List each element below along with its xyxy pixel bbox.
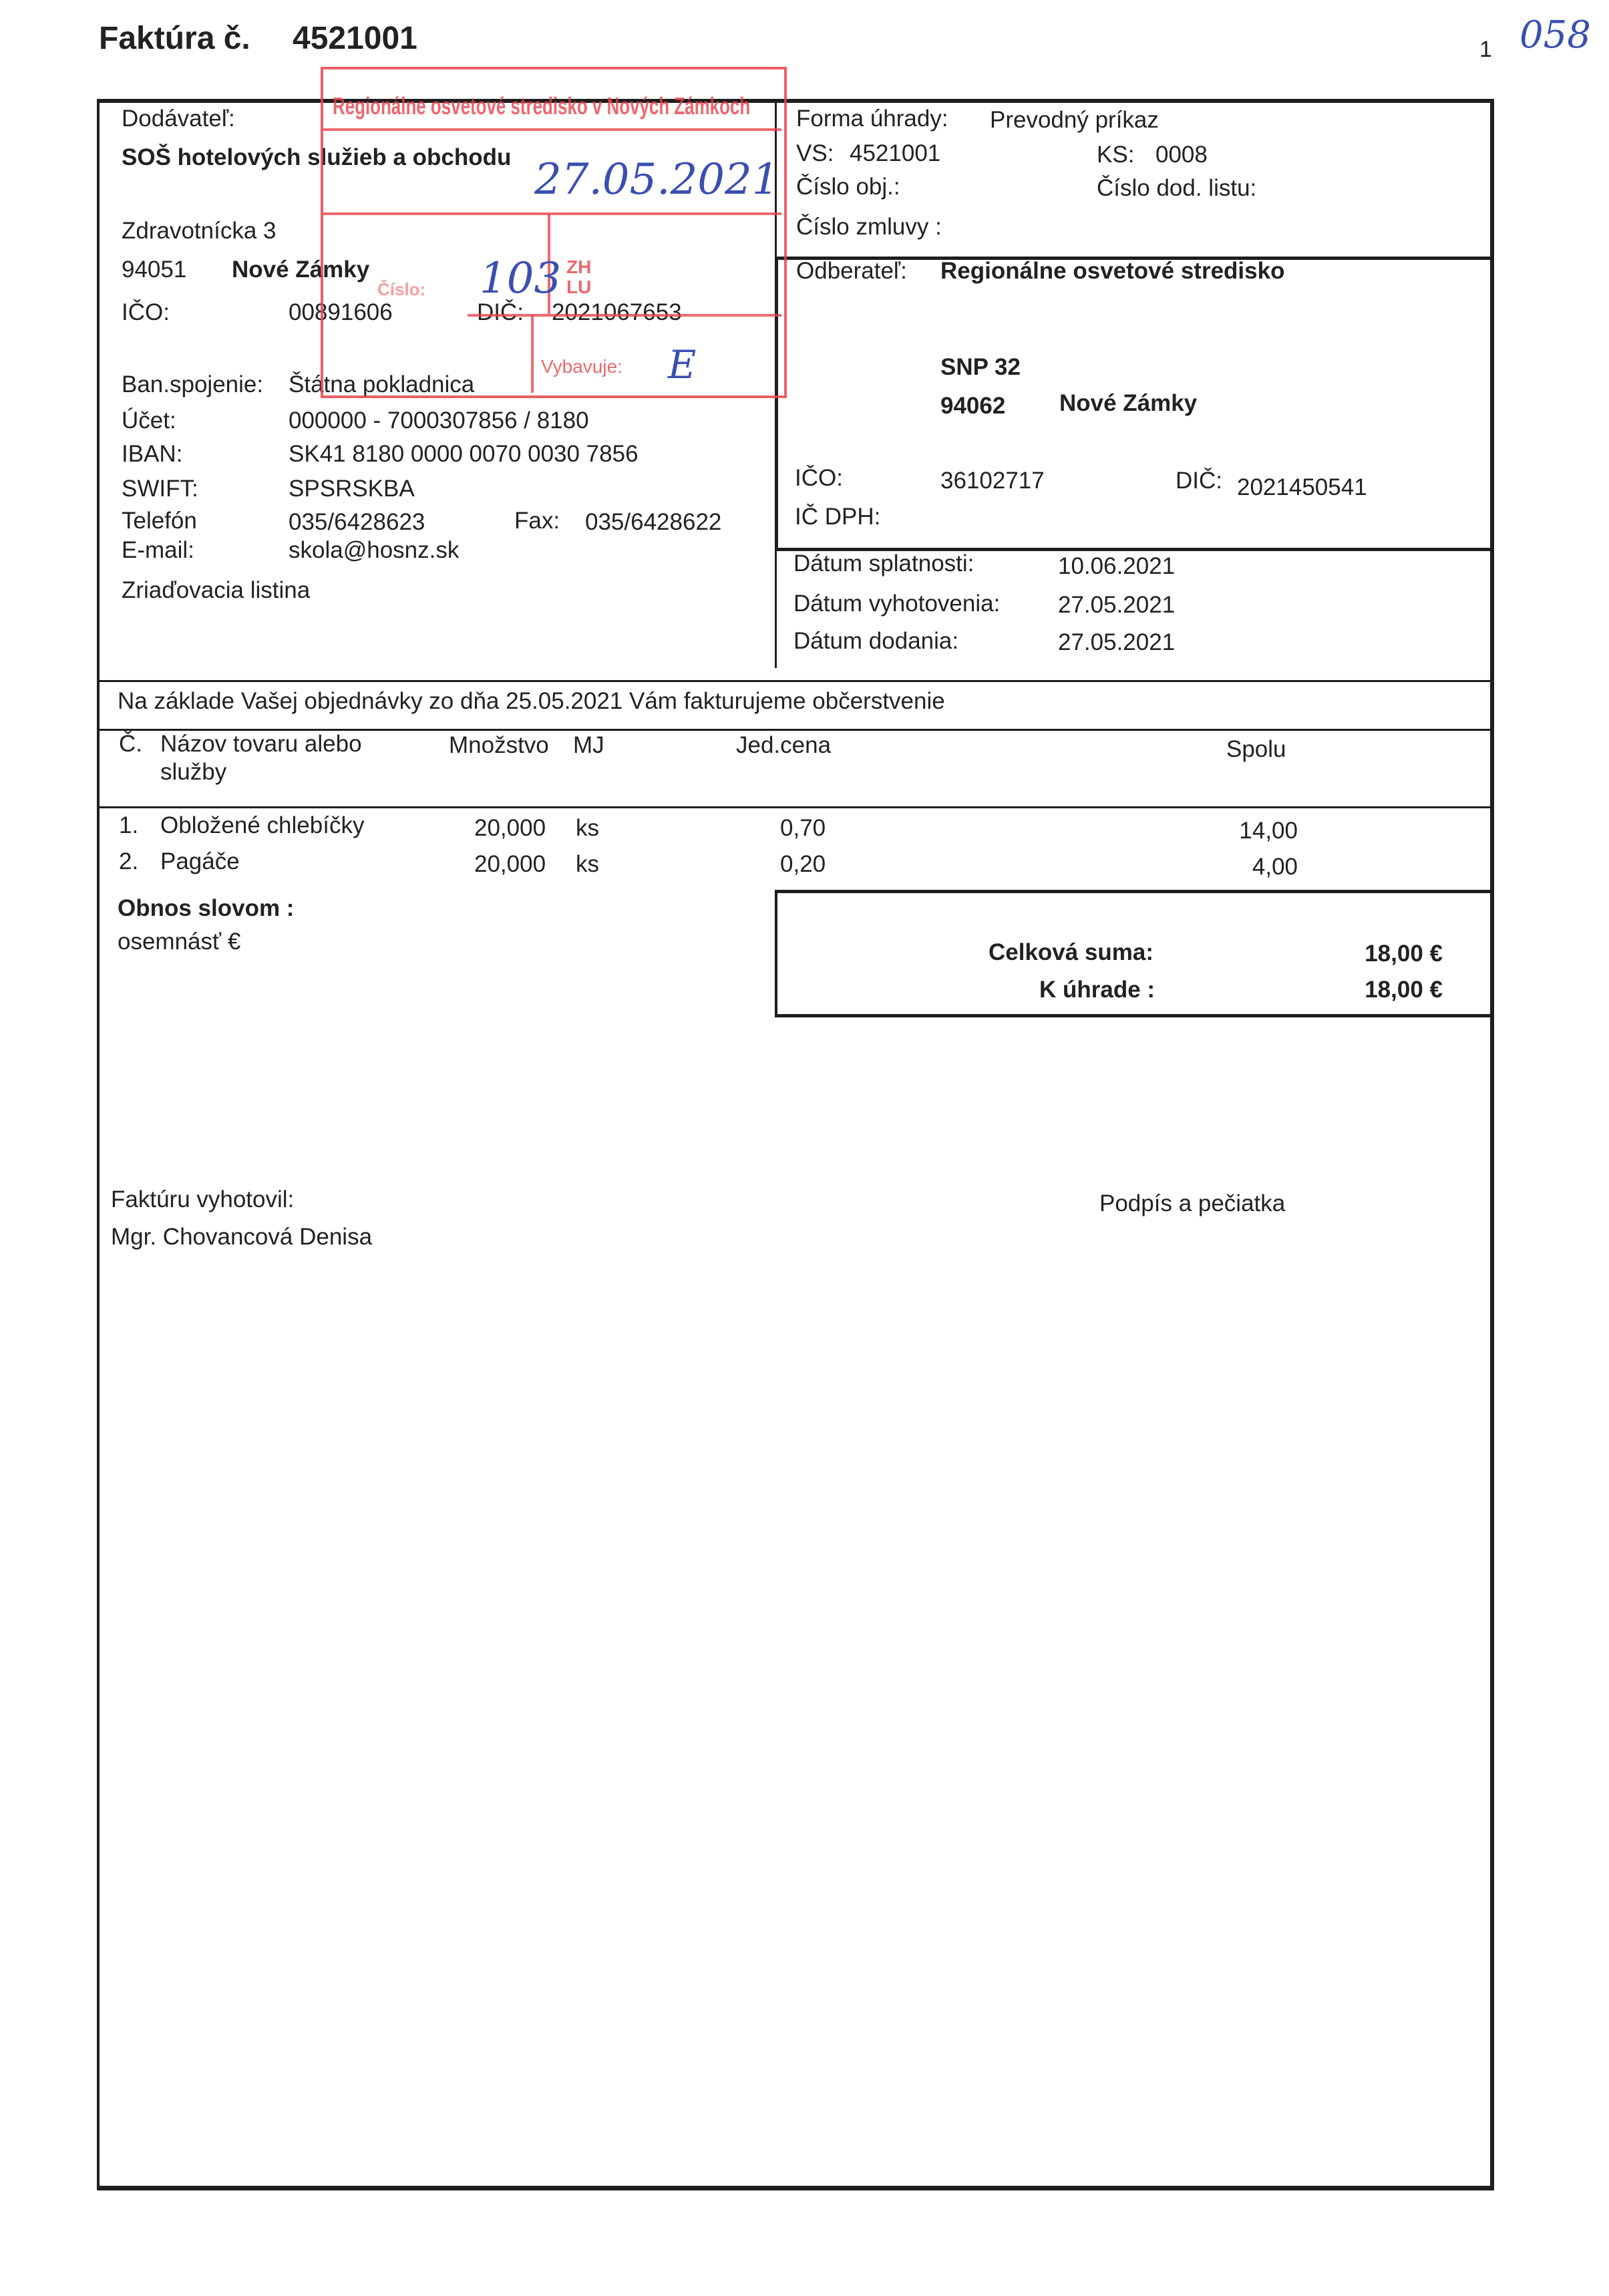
iban-label: IBAN: (122, 441, 182, 468)
email-value: skola@hosnz.sk (289, 537, 459, 564)
col-qty: Množstvo (449, 732, 549, 759)
invoice-number: 4521001 (293, 20, 417, 57)
row-total: 4,00 (1194, 854, 1298, 880)
bank-label: Ban.spojenie: (122, 371, 263, 398)
supplier-ico-label: IČO: (122, 299, 170, 326)
customer-city: Nové Zámky (1059, 390, 1197, 417)
stamp-codes: ZH LU (566, 257, 593, 297)
customer-ico: 36102717 (940, 468, 1045, 494)
issued-by-label: Faktúru vyhotovil: (111, 1186, 294, 1213)
signature-label: Podpís a pečiatka (1099, 1190, 1285, 1217)
col-total: Spolu (1226, 736, 1286, 763)
customer-dic: 2021450541 (1237, 474, 1367, 501)
page-number: 1 (1479, 37, 1492, 63)
due-date: 10.06.2021 (1058, 553, 1175, 580)
delivery-note-label: Číslo dod. listu: (1097, 175, 1256, 202)
issue-date-label: Dátum vyhotovenia: (793, 591, 1000, 617)
founding-document: Zriaďovacia listina (122, 577, 310, 604)
account-label: Účet: (122, 407, 176, 434)
stamp-handler-label: Vybavuje: (541, 356, 622, 377)
col-unit-price: Jed.cena (736, 732, 831, 759)
phone-value: 035/6428623 (289, 509, 425, 536)
amount-in-words: osemnásť € (118, 929, 240, 955)
total-label: Celková suma: (989, 939, 1153, 966)
phone-label: Telefón (122, 508, 197, 534)
email-label: E-mail: (122, 537, 194, 564)
row-no: 1. (119, 812, 138, 839)
amount-due-label: K úhrade : (1039, 977, 1155, 1003)
ks-label: KS: (1097, 142, 1134, 168)
contract-number-label: Číslo zmluvy : (796, 214, 942, 240)
row-qty: 20,000 (474, 851, 546, 878)
order-number-label: Číslo obj.: (796, 174, 900, 200)
invoice-title-label: Faktúra č. (99, 20, 250, 57)
row-unit-price: 0,20 (780, 851, 826, 878)
account-number: 000000 - 7000307856 / 8180 (289, 407, 589, 434)
customer-icdph-label: IČ DPH: (795, 504, 880, 530)
vs-value: 4521001 (850, 140, 940, 167)
total-amount: 18,00 € (1309, 941, 1443, 967)
row-name: Obložené chlebíčky (160, 812, 364, 839)
amount-due: 18,00 € (1309, 977, 1443, 1003)
supplier-street: Zdravotnícka 3 (122, 218, 277, 244)
supplier-label: Dodávateľ: (122, 106, 235, 132)
vs-label: VS: (796, 140, 834, 167)
stamp-date-handwritten: 27.05.2021 (534, 155, 779, 204)
issue-date: 27.05.2021 (1058, 592, 1175, 619)
fax-label: Fax: (514, 508, 560, 534)
delivery-date-label: Dátum dodania: (793, 628, 958, 655)
supplier-postal-code: 94051 (122, 257, 186, 283)
stamp-handler-handwritten: E (668, 342, 696, 387)
customer-name: Regionálne osvetové stredisko (940, 258, 1284, 285)
due-date-label: Dátum splatnosti: (793, 550, 974, 577)
ks-value: 0008 (1155, 142, 1208, 168)
delivery-date: 27.05.2021 (1058, 629, 1175, 656)
payment-method-label: Forma úhrady: (796, 106, 948, 132)
stamp-org-name: Regionálne osvetové stredisko v Nových Z… (333, 92, 750, 120)
swift-value: SPSRSKBA (289, 476, 415, 502)
stamp-number-label: Číslo: (377, 279, 425, 300)
row-qty: 20,000 (474, 815, 546, 842)
col-name: Názov tovaru alebo (160, 731, 362, 758)
col-name-line2: služby (160, 759, 226, 786)
amount-in-words-label: Obnos slovom : (118, 895, 294, 922)
row-no: 2. (119, 848, 138, 875)
iban-value: SK41 8180 0000 0070 0030 7856 (289, 441, 639, 468)
issued-by-name: Mgr. Chovancová Denisa (111, 1224, 372, 1251)
row-total: 14,00 (1194, 818, 1298, 844)
row-unit: ks (576, 815, 599, 842)
customer-street: SNP 32 (940, 354, 1021, 381)
row-name: Pagáče (160, 848, 240, 875)
customer-ico-label: IČO: (795, 465, 843, 492)
col-no: Č. (119, 731, 142, 758)
swift-label: SWIFT: (122, 476, 198, 502)
customer-postal-code: 94062 (940, 393, 1005, 420)
stamp-number-handwritten: 103 (480, 254, 561, 303)
customer-dic-label: DIČ: (1176, 468, 1222, 494)
handwritten-reference: 058 (1519, 13, 1591, 57)
col-unit: MJ (573, 732, 604, 759)
customer-label: Odberateľ: (796, 258, 907, 285)
intro-text: Na základe Vašej objednávky zo dňa 25.05… (118, 688, 945, 715)
row-unit-price: 0,70 (780, 815, 826, 842)
row-unit: ks (576, 851, 599, 878)
payment-method: Prevodný príkaz (990, 107, 1159, 134)
fax-value: 035/6428622 (585, 509, 721, 536)
